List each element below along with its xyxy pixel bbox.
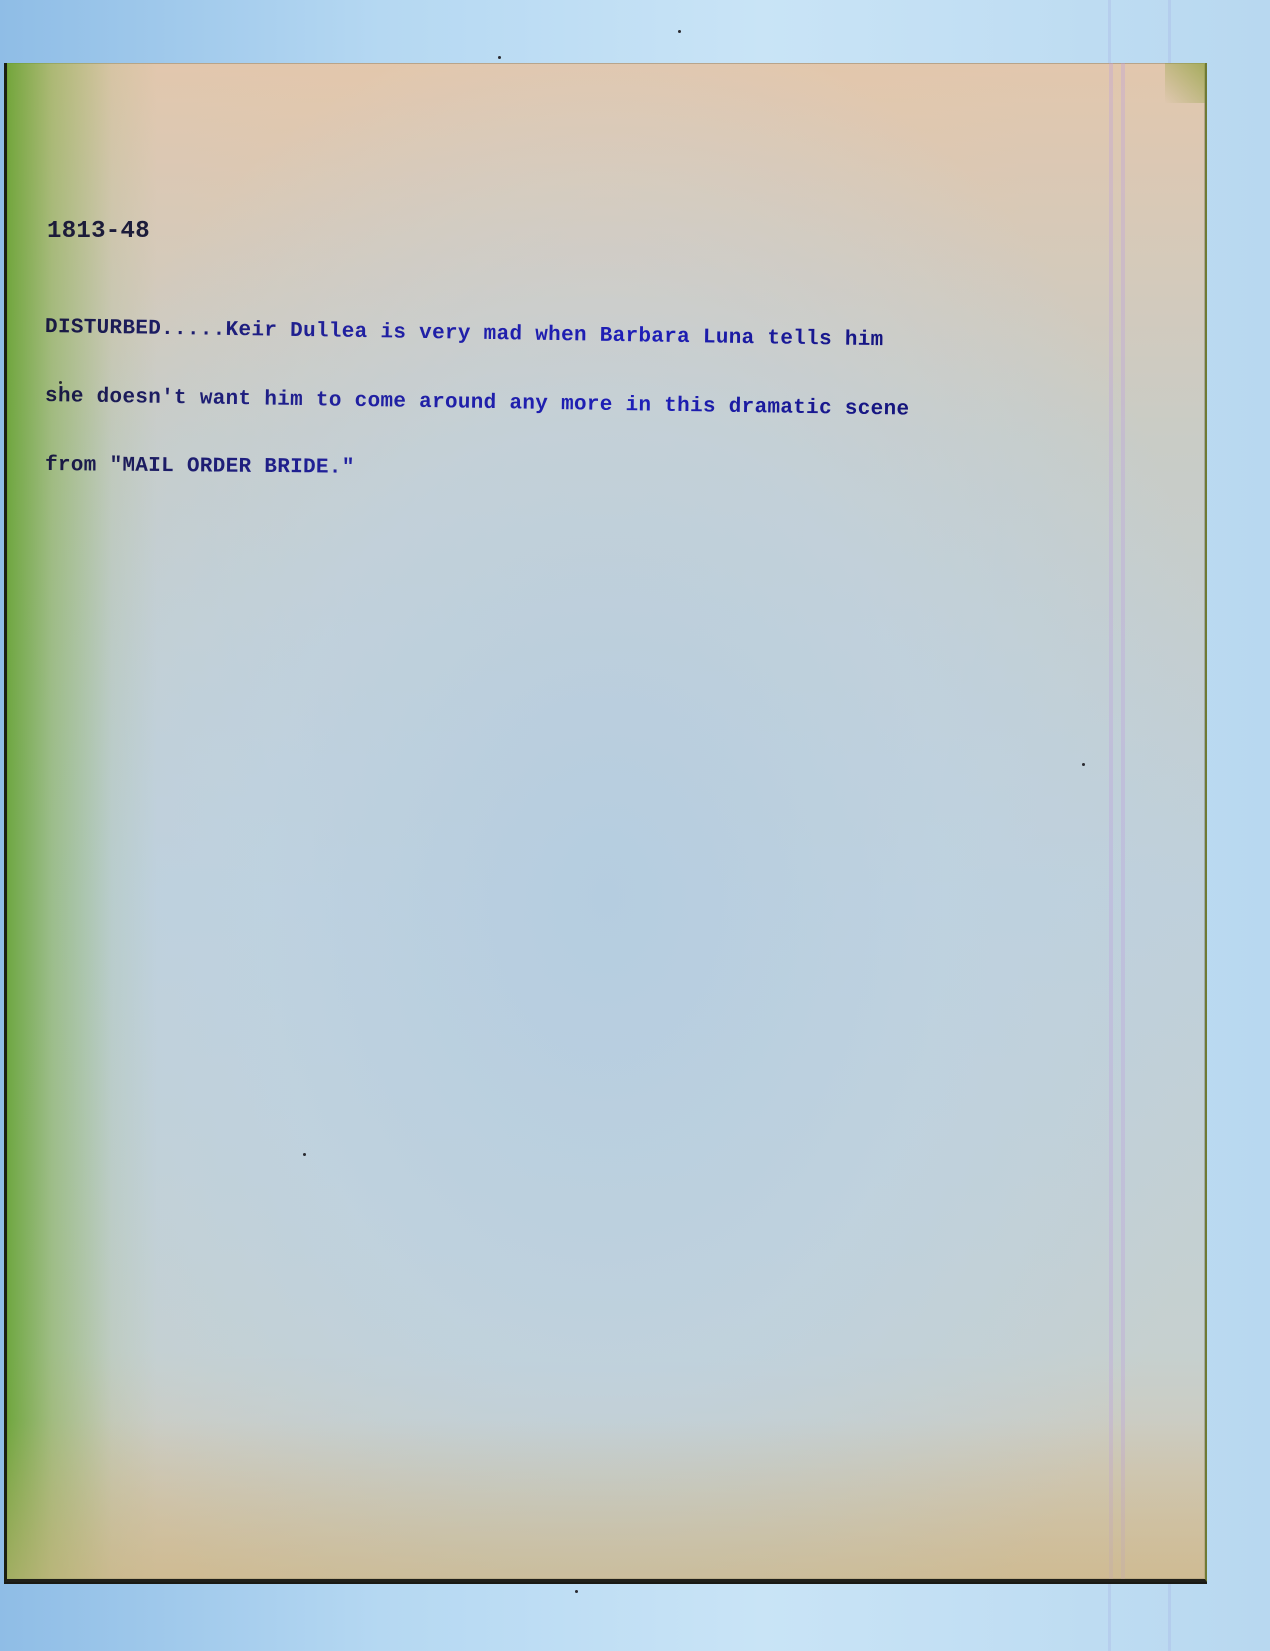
dust-speck xyxy=(575,1590,578,1593)
dust-speck xyxy=(59,381,62,384)
corner-wear-top-right xyxy=(1165,63,1205,103)
caption-line-2: she doesn't want him to come around any … xyxy=(45,385,910,422)
dust-speck xyxy=(498,56,501,59)
caption-line-1: DISTURBED.....Keir Dullea is very mad wh… xyxy=(45,316,910,353)
dust-speck xyxy=(678,30,681,33)
dust-speck xyxy=(303,1153,306,1156)
reference-number: 1813-48 xyxy=(47,218,150,245)
caption-line-3: from "MAIL ORDER BRIDE." xyxy=(45,454,910,485)
dust-speck xyxy=(1082,763,1085,766)
caption-text: DISTURBED.....Keir Dullea is very mad wh… xyxy=(45,270,909,523)
page-streak xyxy=(1121,63,1125,1579)
photo-back-page: 1813-48 DISTURBED.....Keir Dullea is ver… xyxy=(4,63,1207,1582)
page-streak xyxy=(1109,63,1113,1579)
